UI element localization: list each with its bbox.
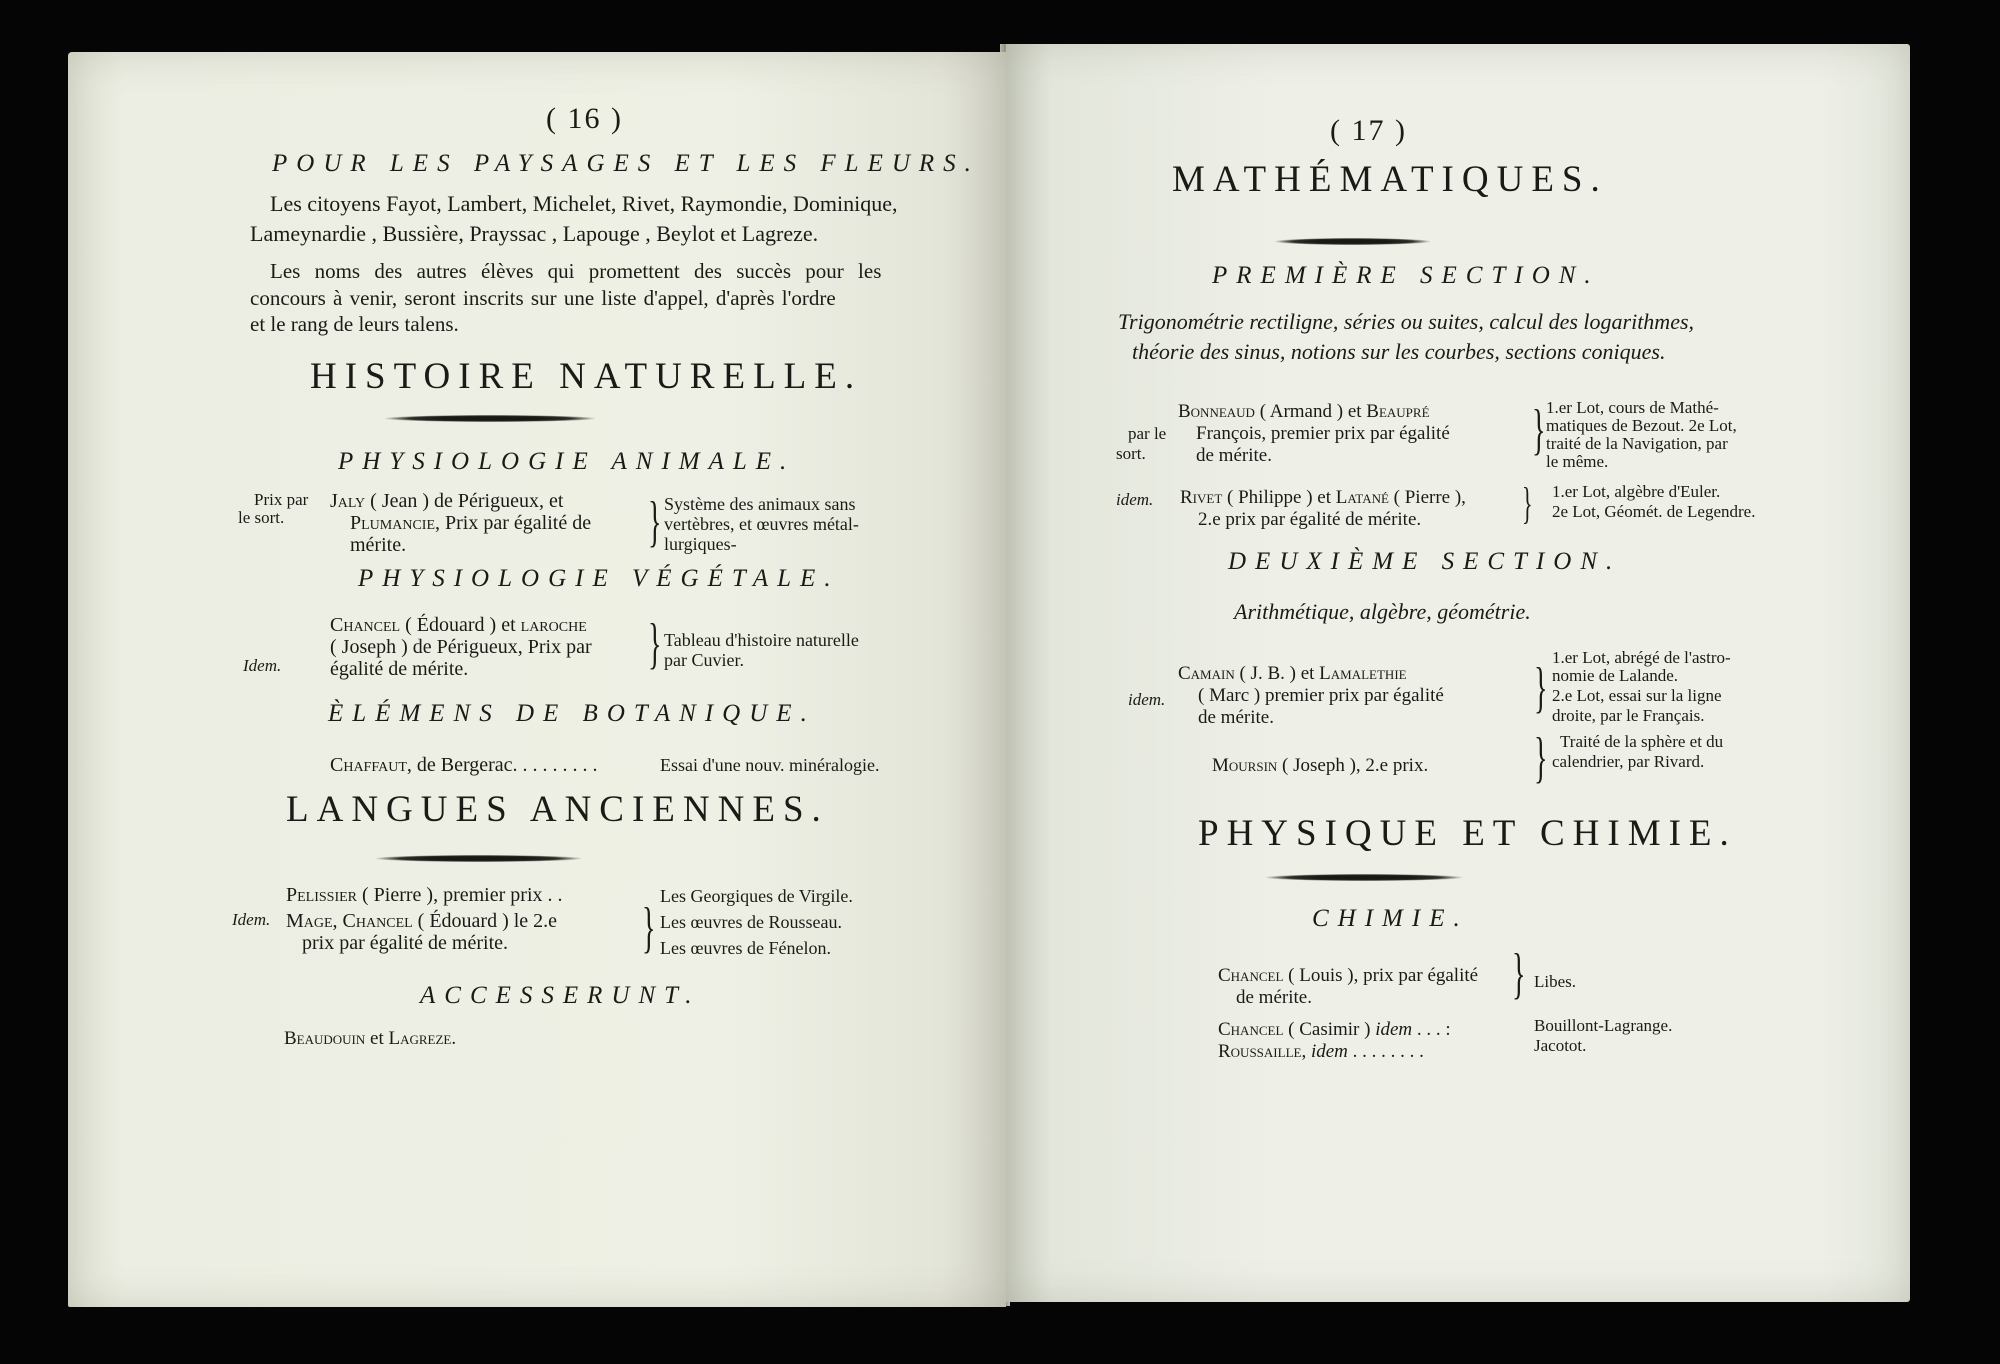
- heading-langues-anciennes: LANGUES ANCIENNES.: [286, 788, 829, 831]
- margin-note: idem.: [1116, 490, 1153, 510]
- ornamental-rule: [1266, 874, 1462, 881]
- prize-line: nomie de Lalande.: [1552, 666, 1678, 686]
- heading-premiere-section: PREMIÈRE SECTION.: [1212, 262, 1600, 290]
- entry-accesserunt: Beaudouin et Lagreze.: [284, 1025, 456, 1052]
- brace: }: [1522, 476, 1533, 532]
- prize-line: lurgiques-: [664, 534, 737, 555]
- subjects-line-2: théorie des sinus, notions sur les courb…: [1132, 338, 1665, 365]
- prize-line: Les œuvres de Rousseau.: [660, 912, 842, 933]
- brace: }: [1534, 660, 1547, 716]
- prize-line: Traité de la sphère et du: [1560, 732, 1723, 752]
- entry-line: de mérite.: [1236, 984, 1312, 1011]
- prize-line: le même.: [1546, 452, 1608, 472]
- paysages-line-2: Lameynardie , Bussière, Prayssac , Lapou…: [250, 220, 818, 247]
- heading-physique-chimie: PHYSIQUE ET CHIMIE.: [1198, 812, 1737, 855]
- brace: }: [1534, 730, 1547, 786]
- prize-line: Libes.: [1534, 972, 1576, 992]
- brace: }: [1512, 946, 1525, 1002]
- paragraph-line-1: Les noms des autres élèves qui prometten…: [270, 258, 881, 285]
- entry-line: de mérite.: [1198, 704, 1274, 731]
- margin-note: Prix par: [254, 490, 308, 510]
- entry-line: 2.e prix par égalité de mérite.: [1198, 506, 1421, 533]
- entry-roussaille: Roussaille, idem . . . . . . . .: [1218, 1038, 1424, 1065]
- prize-line: vertèbres, et œuvres métal-: [664, 514, 859, 535]
- margin-note: idem.: [1128, 690, 1165, 710]
- heading-paysages-fleurs: POUR LES PAYSAGES ET LES FLEURS.: [272, 150, 980, 178]
- heading-elemens-botanique: ÈLÉMENS DE BOTANIQUE.: [328, 700, 816, 728]
- brace: }: [648, 616, 661, 672]
- heading-mathematiques: MATHÉMATIQUES.: [1172, 158, 1608, 201]
- entry-line: égalité de mérite.: [330, 656, 468, 683]
- prize-line: 1.er Lot, abrégé de l'astro-: [1552, 648, 1731, 668]
- paysages-line-1: Les citoyens Fayot, Lambert, Michelet, R…: [270, 190, 897, 217]
- prize-line: Jacotot.: [1534, 1036, 1586, 1056]
- heading-physiologie-vegetale: PHYSIOLOGIE VÉGÉTALE.: [358, 565, 840, 593]
- margin-note: par le: [1128, 424, 1166, 444]
- prize-line: traité de la Navigation, par: [1546, 434, 1728, 454]
- page-number-16: ( 16 ): [546, 102, 623, 136]
- subjects-line-1: Trigonométrie rectiligne, séries ou suit…: [1118, 308, 1694, 335]
- ornamental-rule: [1275, 238, 1430, 245]
- heading-histoire-naturelle: HISTOIRE NATURELLE.: [310, 355, 862, 398]
- ornamental-rule: [376, 855, 581, 862]
- ornamental-rule: [385, 415, 595, 422]
- paragraph-line-2: concours à venir, seront inscrits sur un…: [250, 285, 836, 312]
- heading-chimie: CHIMIE.: [1312, 905, 1469, 933]
- prize-line: droite, par le Français.: [1552, 706, 1704, 726]
- margin-note: le sort.: [238, 508, 284, 528]
- entry-chaffaut: Chaffaut, de Bergerac. . . . . . . . .: [330, 752, 598, 779]
- margin-note: Idem.: [243, 656, 281, 676]
- prize-line: Essai d'une nouv. minéralogie.: [660, 755, 880, 776]
- subjects-deuxieme: Arithmétique, algèbre, géométrie.: [1234, 598, 1531, 625]
- page-number-17: ( 17 ): [1330, 114, 1407, 148]
- margin-note: Idem.: [232, 910, 270, 930]
- paragraph-line-3: et le rang de leurs talens.: [250, 311, 459, 338]
- heading-deuxieme-section: DEUXIÈME SECTION.: [1228, 548, 1621, 576]
- prize-line: 1.er Lot, algèbre d'Euler.: [1552, 482, 1720, 502]
- right-page: [1006, 44, 1910, 1302]
- heading-physiologie-animale: PHYSIOLOGIE ANIMALE.: [338, 448, 795, 476]
- margin-note: sort.: [1116, 444, 1146, 464]
- entry-line: prix par égalité de mérite.: [302, 930, 508, 957]
- prize-line: 2.e Lot, essai sur la ligne: [1552, 686, 1722, 706]
- prize-line: calendrier, par Rivard.: [1552, 752, 1704, 772]
- prize-line: Système des animaux sans: [664, 494, 855, 515]
- brace: }: [1532, 402, 1545, 458]
- prize-line: 2e Lot, Géomét. de Legendre.: [1552, 502, 1755, 522]
- prize-line: matiques de Bezout. 2e Lot,: [1546, 416, 1737, 436]
- entry-merite: mérite.: [350, 532, 406, 559]
- prize-line: Les Georgiques de Virgile.: [660, 886, 853, 907]
- entry-moursin: Moursin ( Joseph ), 2.e prix.: [1212, 752, 1428, 779]
- entry-line: de mérite.: [1196, 442, 1272, 469]
- brace: }: [648, 494, 661, 550]
- brace: }: [642, 900, 655, 956]
- heading-accesserunt: ACCESSERUNT.: [420, 982, 700, 1010]
- prize-line: 1.er Lot, cours de Mathé-: [1546, 398, 1719, 418]
- prize-line: par Cuvier.: [664, 650, 744, 671]
- prize-line: Les œuvres de Fénelon.: [660, 938, 831, 959]
- prize-line: Bouillont-Lagrange.: [1534, 1016, 1672, 1036]
- prize-line: Tableau d'histoire naturelle: [664, 630, 859, 651]
- entry-pelissier: Pelissier ( Pierre ), premier prix . .: [286, 882, 563, 909]
